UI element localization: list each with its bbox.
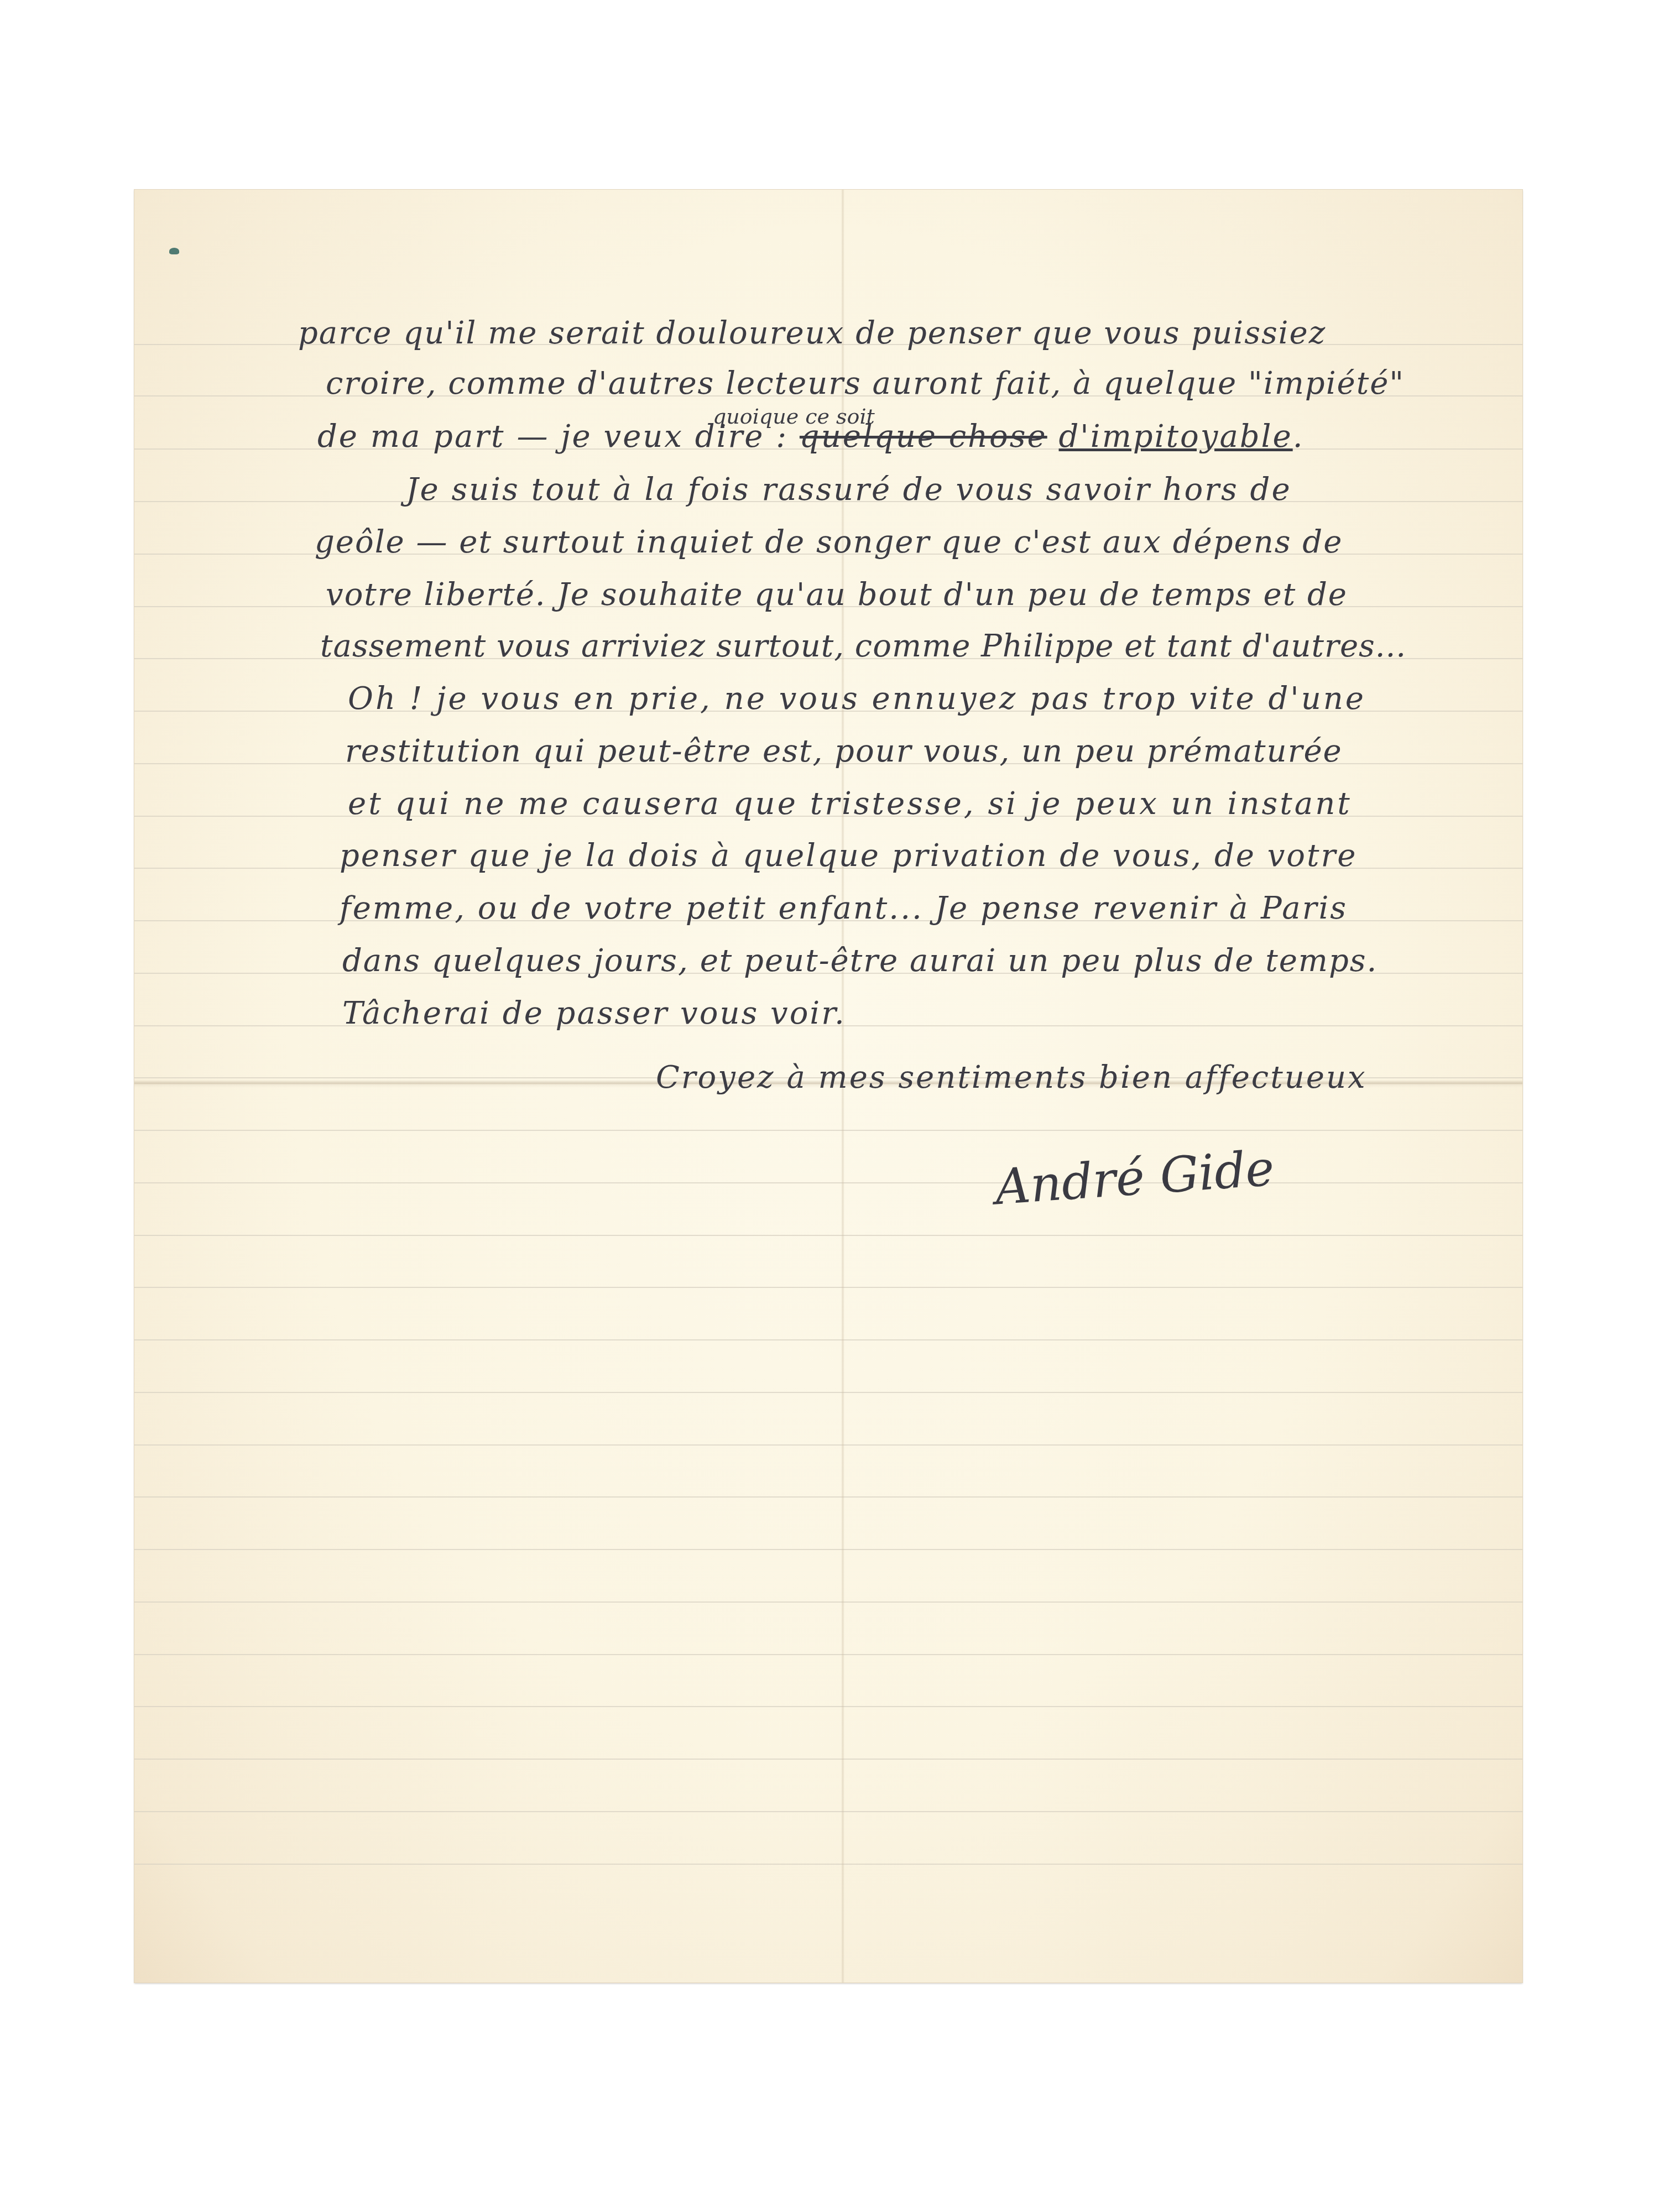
letter-line-11: penser que je la dois à quelque privatio…: [340, 841, 1357, 872]
letter-page: parce qu'il me serait douloureux de pens…: [134, 190, 1522, 1983]
letter-line-10: et qui ne me causera que tristesse, si j…: [348, 789, 1352, 820]
ruled-line: [134, 1549, 1522, 1550]
ruled-line: [134, 1392, 1522, 1393]
letter-line-1: parce qu'il me serait douloureux de pens…: [298, 318, 1326, 349]
letter-line-14: Tâcherai de passer vous voir.: [342, 998, 846, 1029]
signature: André Gide: [993, 1139, 1276, 1215]
ruled-line: [134, 1444, 1522, 1446]
letter-line-8: Oh ! je vous en prie, ne vous ennuyez pa…: [348, 684, 1366, 714]
letter-line-7: tassement vous arriviez surtout, comme P…: [320, 631, 1406, 662]
ruled-line: [134, 1235, 1522, 1236]
ruled-line: [134, 1182, 1522, 1183]
ruled-line: [134, 1759, 1522, 1760]
ink-speck: [169, 248, 179, 254]
letter-line-12: femme, ou de votre petit enfant... Je pe…: [340, 893, 1348, 924]
inserted-correction: quoique ce soit: [713, 404, 875, 429]
ruled-line: [134, 1601, 1522, 1603]
letter-line-13: dans quelques jours, et peut-être aurai …: [342, 946, 1378, 977]
ruled-line: [134, 1706, 1522, 1707]
ruled-line: [134, 1654, 1522, 1655]
letter-line-2: croire, comme d'autres lecteurs auront f…: [326, 368, 1405, 399]
letter-line-5: geôle — et surtout inquiet de songer que…: [315, 527, 1343, 558]
letter-line-9: restitution qui peut-être est, pour vous…: [345, 736, 1343, 767]
ruled-line: [134, 1339, 1522, 1340]
letter-line-4: Je suis tout à la fois rassuré de vous s…: [406, 474, 1292, 505]
letter-line-6: votre liberté. Je souhaite qu'au bout d'…: [326, 580, 1348, 611]
ruled-line: [134, 1130, 1522, 1131]
ruled-line: [134, 1496, 1522, 1498]
underlined-text: d'impitoyable: [1059, 419, 1293, 455]
closing-salutation: Croyez à mes sentiments bien affectueux: [656, 1062, 1367, 1093]
ruled-line: [134, 1287, 1522, 1288]
ruled-line: [134, 1811, 1522, 1812]
ruled-line: [134, 1864, 1522, 1865]
